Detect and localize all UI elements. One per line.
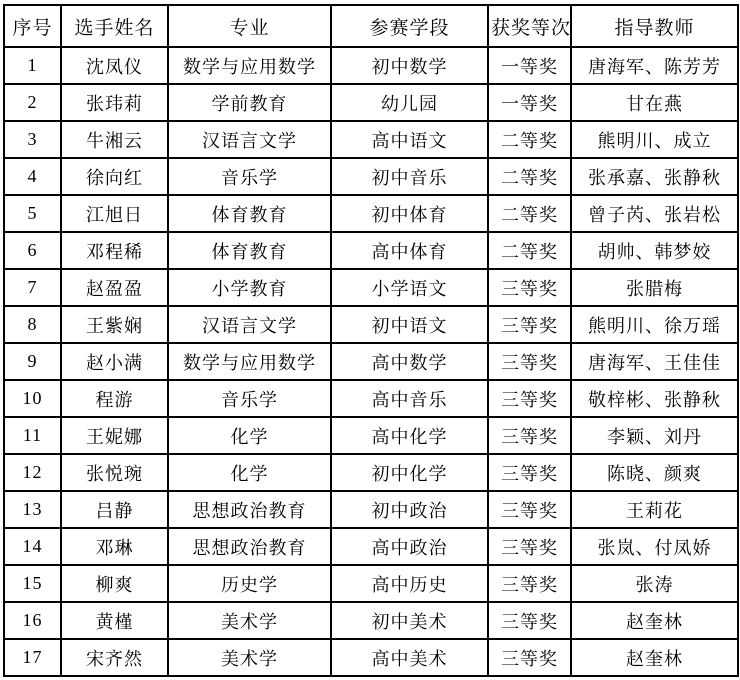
- cell-major: 美术学: [168, 639, 331, 676]
- cell-stage: 初中体育: [331, 195, 488, 232]
- cell-name: 黄槿: [61, 602, 168, 639]
- cell-no: 9: [4, 343, 61, 380]
- header-row: 序号选手姓名专业参赛学段获奖等次指导教师: [4, 5, 738, 47]
- column-header-award: 获奖等次: [488, 5, 571, 47]
- column-header-major: 专业: [168, 5, 331, 47]
- cell-teachers: 陈晓、颜爽: [571, 454, 738, 491]
- cell-stage: 初中语文: [331, 306, 488, 343]
- cell-teachers: 敬梓彬、张静秋: [571, 380, 738, 417]
- cell-major: 汉语言文学: [168, 306, 331, 343]
- cell-major: 音乐学: [168, 158, 331, 195]
- cell-award: 三等奖: [488, 454, 571, 491]
- cell-teachers: 唐海军、王佳佳: [571, 343, 738, 380]
- cell-major: 体育教育: [168, 232, 331, 269]
- cell-name: 柳爽: [61, 565, 168, 602]
- cell-award: 三等奖: [488, 565, 571, 602]
- cell-award: 二等奖: [488, 232, 571, 269]
- cell-no: 17: [4, 639, 61, 676]
- table-row: 14邓琳思想政治教育高中政治三等奖张岚、付凤娇: [4, 528, 738, 565]
- cell-major: 学前教育: [168, 84, 331, 121]
- cell-award: 一等奖: [488, 84, 571, 121]
- cell-stage: 高中美术: [331, 639, 488, 676]
- cell-major: 数学与应用数学: [168, 343, 331, 380]
- table-body: 1沈凤仪数学与应用数学初中数学一等奖唐海军、陈芳芳2张玮莉学前教育幼儿园一等奖甘…: [4, 47, 738, 676]
- cell-award: 三等奖: [488, 528, 571, 565]
- cell-name: 程游: [61, 380, 168, 417]
- table-row: 4徐向红音乐学初中音乐二等奖张承嘉、张静秋: [4, 158, 738, 195]
- award-results-table: 序号选手姓名专业参赛学段获奖等次指导教师 1沈凤仪数学与应用数学初中数学一等奖唐…: [3, 4, 739, 677]
- cell-no: 4: [4, 158, 61, 195]
- cell-stage: 初中音乐: [331, 158, 488, 195]
- cell-teachers: 甘在燕: [571, 84, 738, 121]
- cell-teachers: 张腊梅: [571, 269, 738, 306]
- cell-award: 一等奖: [488, 47, 571, 84]
- table-row: 15柳爽历史学高中历史三等奖张涛: [4, 565, 738, 602]
- cell-award: 三等奖: [488, 417, 571, 454]
- table-row: 8王紫娴汉语言文学初中语文三等奖熊明川、徐万瑶: [4, 306, 738, 343]
- cell-stage: 初中数学: [331, 47, 488, 84]
- cell-stage: 初中政治: [331, 491, 488, 528]
- cell-teachers: 李颖、刘丹: [571, 417, 738, 454]
- cell-teachers: 熊明川、徐万瑶: [571, 306, 738, 343]
- cell-teachers: 胡帅、韩梦姣: [571, 232, 738, 269]
- cell-no: 13: [4, 491, 61, 528]
- cell-stage: 高中数学: [331, 343, 488, 380]
- page: 序号选手姓名专业参赛学段获奖等次指导教师 1沈凤仪数学与应用数学初中数学一等奖唐…: [0, 0, 740, 680]
- cell-name: 赵盈盈: [61, 269, 168, 306]
- cell-no: 2: [4, 84, 61, 121]
- cell-stage: 小学语文: [331, 269, 488, 306]
- cell-stage: 高中语文: [331, 121, 488, 158]
- cell-major: 汉语言文学: [168, 121, 331, 158]
- cell-no: 14: [4, 528, 61, 565]
- cell-award: 二等奖: [488, 158, 571, 195]
- cell-major: 化学: [168, 417, 331, 454]
- cell-award: 三等奖: [488, 380, 571, 417]
- cell-name: 江旭日: [61, 195, 168, 232]
- cell-major: 历史学: [168, 565, 331, 602]
- cell-name: 张悦琬: [61, 454, 168, 491]
- cell-teachers: 赵奎林: [571, 639, 738, 676]
- cell-award: 三等奖: [488, 343, 571, 380]
- cell-award: 三等奖: [488, 491, 571, 528]
- cell-award: 三等奖: [488, 602, 571, 639]
- cell-stage: 高中音乐: [331, 380, 488, 417]
- cell-award: 三等奖: [488, 306, 571, 343]
- column-header-name: 选手姓名: [61, 5, 168, 47]
- cell-no: 1: [4, 47, 61, 84]
- cell-no: 8: [4, 306, 61, 343]
- cell-name: 张玮莉: [61, 84, 168, 121]
- cell-name: 邓琳: [61, 528, 168, 565]
- cell-no: 16: [4, 602, 61, 639]
- table-row: 9赵小满数学与应用数学高中数学三等奖唐海军、王佳佳: [4, 343, 738, 380]
- cell-name: 沈凤仪: [61, 47, 168, 84]
- table-row: 5江旭日体育教育初中体育二等奖曾子芮、张岩松: [4, 195, 738, 232]
- cell-name: 吕静: [61, 491, 168, 528]
- cell-major: 音乐学: [168, 380, 331, 417]
- cell-teachers: 王莉花: [571, 491, 738, 528]
- cell-teachers: 唐海军、陈芳芳: [571, 47, 738, 84]
- table-row: 17宋齐然美术学高中美术三等奖赵奎林: [4, 639, 738, 676]
- cell-stage: 初中美术: [331, 602, 488, 639]
- cell-stage: 高中化学: [331, 417, 488, 454]
- cell-no: 5: [4, 195, 61, 232]
- table-row: 1沈凤仪数学与应用数学初中数学一等奖唐海军、陈芳芳: [4, 47, 738, 84]
- table-row: 7赵盈盈小学教育小学语文三等奖张腊梅: [4, 269, 738, 306]
- cell-teachers: 张涛: [571, 565, 738, 602]
- cell-stage: 高中体育: [331, 232, 488, 269]
- column-header-no: 序号: [4, 5, 61, 47]
- cell-stage: 高中历史: [331, 565, 488, 602]
- cell-major: 化学: [168, 454, 331, 491]
- cell-no: 3: [4, 121, 61, 158]
- cell-major: 小学教育: [168, 269, 331, 306]
- cell-no: 12: [4, 454, 61, 491]
- cell-award: 二等奖: [488, 121, 571, 158]
- cell-stage: 高中政治: [331, 528, 488, 565]
- cell-name: 赵小满: [61, 343, 168, 380]
- cell-teachers: 曾子芮、张岩松: [571, 195, 738, 232]
- cell-name: 牛湘云: [61, 121, 168, 158]
- cell-major: 数学与应用数学: [168, 47, 331, 84]
- table-row: 2张玮莉学前教育幼儿园一等奖甘在燕: [4, 84, 738, 121]
- cell-teachers: 赵奎林: [571, 602, 738, 639]
- table-row: 6邓程稀体育教育高中体育二等奖胡帅、韩梦姣: [4, 232, 738, 269]
- cell-stage: 幼儿园: [331, 84, 488, 121]
- table-row: 13吕静思想政治教育初中政治三等奖王莉花: [4, 491, 738, 528]
- cell-no: 11: [4, 417, 61, 454]
- cell-no: 10: [4, 380, 61, 417]
- cell-major: 思想政治教育: [168, 491, 331, 528]
- column-header-stage: 参赛学段: [331, 5, 488, 47]
- cell-no: 15: [4, 565, 61, 602]
- cell-major: 思想政治教育: [168, 528, 331, 565]
- column-header-teachers: 指导教师: [571, 5, 738, 47]
- cell-teachers: 张承嘉、张静秋: [571, 158, 738, 195]
- table-row: 11王妮娜化学高中化学三等奖李颖、刘丹: [4, 417, 738, 454]
- cell-name: 王妮娜: [61, 417, 168, 454]
- cell-name: 王紫娴: [61, 306, 168, 343]
- cell-major: 美术学: [168, 602, 331, 639]
- cell-major: 体育教育: [168, 195, 331, 232]
- table-row: 16黄槿美术学初中美术三等奖赵奎林: [4, 602, 738, 639]
- cell-no: 7: [4, 269, 61, 306]
- table-row: 3牛湘云汉语言文学高中语文二等奖熊明川、成立: [4, 121, 738, 158]
- table-row: 12张悦琬化学初中化学三等奖陈晓、颜爽: [4, 454, 738, 491]
- cell-stage: 初中化学: [331, 454, 488, 491]
- cell-award: 三等奖: [488, 639, 571, 676]
- cell-award: 三等奖: [488, 269, 571, 306]
- cell-teachers: 熊明川、成立: [571, 121, 738, 158]
- cell-award: 二等奖: [488, 195, 571, 232]
- cell-teachers: 张岚、付凤娇: [571, 528, 738, 565]
- cell-name: 徐向红: [61, 158, 168, 195]
- cell-name: 邓程稀: [61, 232, 168, 269]
- cell-no: 6: [4, 232, 61, 269]
- table-row: 10程游音乐学高中音乐三等奖敬梓彬、张静秋: [4, 380, 738, 417]
- cell-name: 宋齐然: [61, 639, 168, 676]
